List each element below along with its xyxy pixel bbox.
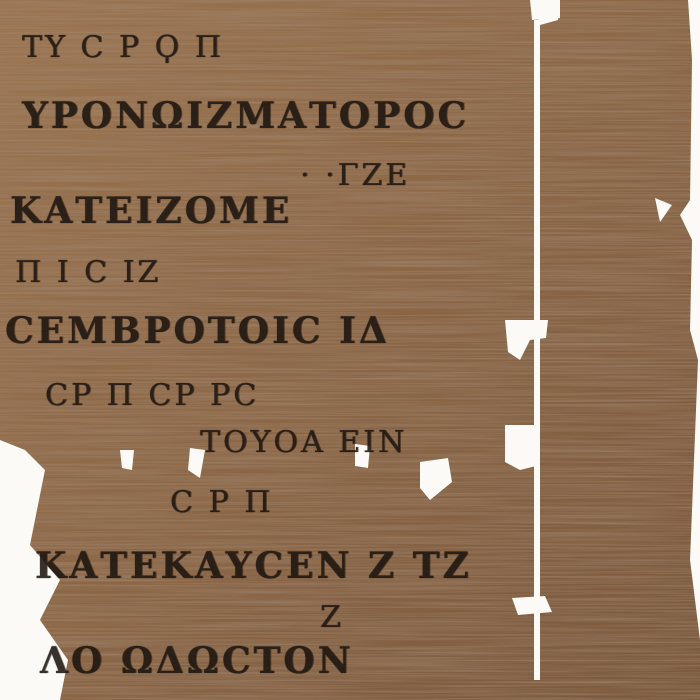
papyrus-line-9: Ϲ Ρ Π <box>170 485 273 520</box>
papyrus-line-4: ΚΑΤΕΙΖΟΜΕ <box>10 190 292 232</box>
papyrus-line-3: · ·ΓΖΕ <box>300 158 410 193</box>
papyrus-line-2: ΥΡΟΝΩΙΖΜΑΤΟΡΟϹ <box>22 95 469 137</box>
papyrus-photo: ΤΥ Ϲ Ρ Ϙ Π ΥΡΟΝΩΙΖΜΑΤΟΡΟϹ · ·ΓΖΕ ΚΑΤΕΙΖΟ… <box>0 0 700 700</box>
papyrus-line-7: ϹΡ Π ϹΡ ΡϹ <box>45 378 259 413</box>
papyrus-line-5: Π Ι Ϲ ΙΖ <box>15 255 161 290</box>
papyrus-line-11: Ζ <box>320 600 344 635</box>
papyrus-line-8: ΤΟΥΟΑ ΕΙΝ <box>200 425 407 460</box>
papyrus-line-6: ϹΕΜΒΡΟΤΟΙϹ ΙΔ <box>5 310 390 352</box>
papyrus-line-10: ΚΑΤΕΚΑΥϹΕΝ Ζ ΤΖ <box>35 545 472 587</box>
papyrus-line-1: ΤΥ Ϲ Ρ Ϙ Π <box>22 30 224 65</box>
papyrus-line-12: ΛΟ ΩΔΩϹΤΟΝ <box>40 640 354 682</box>
